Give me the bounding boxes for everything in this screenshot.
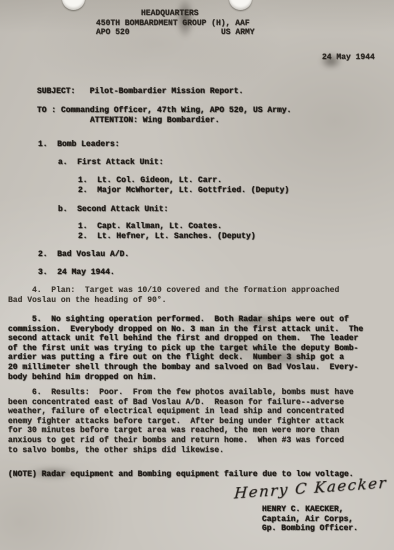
document-page: HEADQUARTERS 450TH BOMBARDMENT GROUP (H)… (0, 0, 394, 550)
unit-a-item-2-num: 2. (78, 186, 88, 195)
list-item-2-text: Bad Voslau A/D. (57, 250, 129, 259)
list-item-2: 2.Bad Voslau A/D. (38, 250, 129, 260)
unit-b-item-1: 1.Capt. Kallman, Lt. Coates. (78, 222, 222, 232)
unit-b-item-1-num: 1. (78, 222, 88, 231)
unit-a-item-1-text: Lt. Col. Gideon, Lt. Carr. (97, 176, 222, 185)
paragraph-6: 6. Results: Poor. From the few photos av… (8, 388, 354, 455)
header-army: US ARMY (221, 28, 255, 38)
unit-a-text: First Attack Unit: (77, 158, 163, 167)
unit-a-heading: a.First Attack Unit: (58, 158, 164, 168)
list-item-3: 3.24 May 1944. (38, 268, 115, 278)
paragraph-5: 5. No sighting operation performed. Both… (8, 315, 363, 382)
subject-value: Pilot-Bombardier Mission Report. (90, 87, 244, 96)
list-item-3-num: 3. (38, 268, 48, 277)
unit-a-item-2-text: Major McWhorter, Lt. Gottfried. (Deputy) (97, 186, 289, 195)
header-apo: APO 520 (96, 28, 130, 38)
list-item-1: 1.Bomb Leaders: (38, 140, 120, 150)
subject-label: SUBJECT: (37, 87, 75, 96)
unit-a-num: a. (58, 158, 68, 167)
header-group-line: 450TH BOMBARDMENT GROUP (H), AAF (96, 19, 250, 29)
note-line: (NOTE) Radar equipment and Bombing equip… (8, 470, 354, 480)
signature-title: Gp. Bombing Officer. (262, 524, 358, 534)
unit-b-item-2: 2.Lt. Hefner, Lt. Sanches. (Deputy) (78, 232, 256, 242)
to-label: TO : (37, 106, 56, 115)
list-item-1-text: Bomb Leaders: (57, 140, 119, 149)
unit-a-item-2: 2.Major McWhorter, Lt. Gottfried. (Deput… (78, 186, 289, 196)
unit-a-item-1: 1.Lt. Col. Gideon, Lt. Carr. (78, 176, 222, 186)
unit-a-item-1-num: 1. (78, 176, 88, 185)
signature-rank: Captain, Air Corps, (262, 515, 353, 525)
header-headquarters: HEADQUARTERS (141, 9, 199, 19)
unit-b-text: Second Attack Unit: (77, 205, 168, 214)
subject-line: SUBJECT:Pilot-Bombardier Mission Report. (37, 87, 243, 97)
to-line: TO :Commanding Officer, 47th Wing, APO 5… (37, 106, 291, 116)
document-date: 24 May 1944 (322, 53, 375, 63)
unit-b-num: b. (58, 205, 68, 214)
list-item-3-text: 24 May 1944. (57, 268, 115, 277)
to-value: Commanding Officer, 47th Wing, APO 520, … (61, 106, 291, 115)
unit-b-item-1-text: Capt. Kallman, Lt. Coates. (97, 222, 222, 231)
unit-b-heading: b.Second Attack Unit: (58, 205, 168, 215)
punch-hole-left (62, 0, 85, 10)
paragraph-4: 4. Plan: Target was 10/10 covered and th… (8, 286, 339, 305)
unit-b-item-2-text: Lt. Hefner, Lt. Sanches. (Deputy) (97, 232, 255, 241)
unit-b-item-2-num: 2. (78, 232, 88, 241)
punch-hole-right (229, 0, 252, 10)
list-item-2-num: 2. (38, 250, 48, 259)
list-item-1-num: 1. (38, 140, 48, 149)
attention-line: ATTENTION: Wing Bombardier. (90, 116, 220, 126)
signature-name: HENRY C. KAECKER, (262, 505, 344, 515)
